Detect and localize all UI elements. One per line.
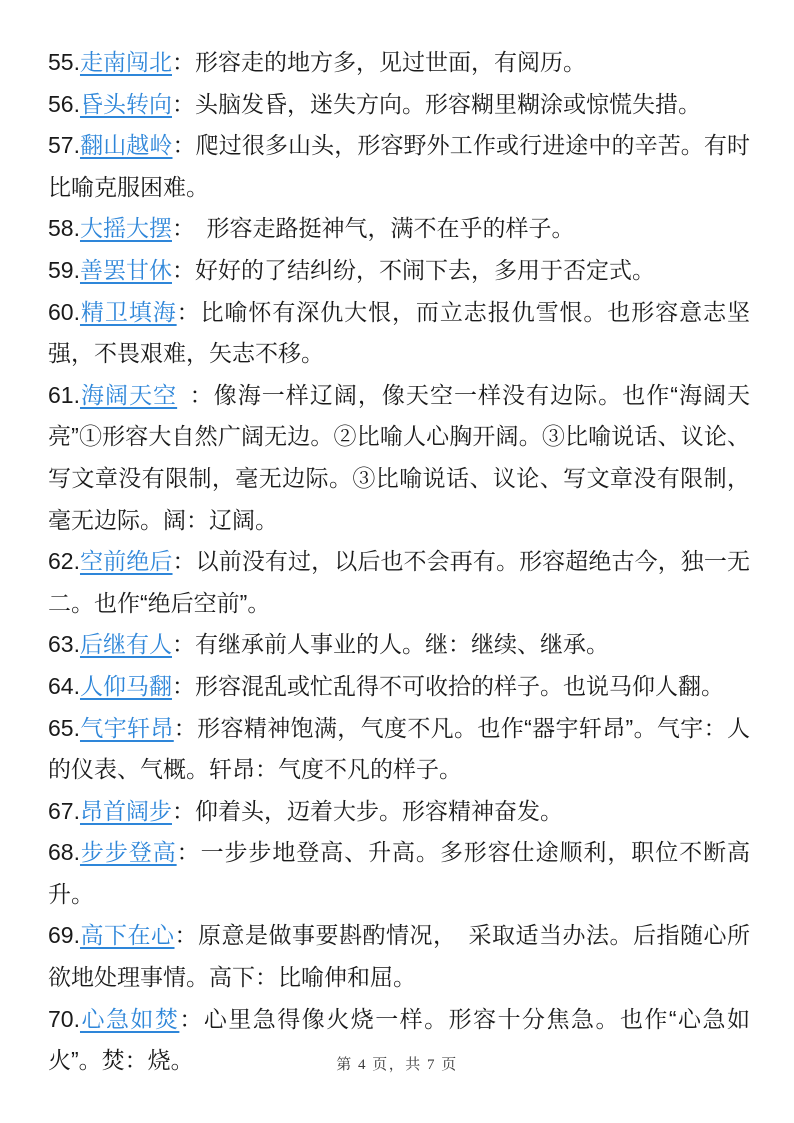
idiom-definition: ：好好的了结纠纷，不闹下去，多用于否定式。 xyxy=(172,257,655,283)
idiom-definition: ：形容混乱或忙乱得不可收拾的样子。也说马仰人翻。 xyxy=(172,673,724,699)
idiom-link[interactable]: 步步登高 xyxy=(80,839,177,865)
entry-number: 67. xyxy=(48,798,80,824)
entry-number: 64. xyxy=(48,673,80,699)
idiom-entry: 62.空前绝后：以前没有过，以后也不会再有。形容超绝古今，独一无二。也作“绝后空… xyxy=(48,541,750,624)
entry-number: 58. xyxy=(48,215,80,241)
entry-number: 59. xyxy=(48,257,80,283)
idiom-entry: 59.善罢甘休：好好的了结纠纷，不闹下去，多用于否定式。 xyxy=(48,250,750,292)
entry-number: 62. xyxy=(48,548,80,574)
idiom-definition: ： 形容走路挺神气，满不在乎的样子。 xyxy=(172,215,575,241)
idiom-link[interactable]: 善罢甘休 xyxy=(80,257,172,283)
idiom-link[interactable]: 走南闯北 xyxy=(80,49,172,75)
idiom-link[interactable]: 昂首阔步 xyxy=(80,798,172,824)
entry-number: 69. xyxy=(48,922,80,948)
idiom-definition: ：有继承前人事业的人。继：继续、继承。 xyxy=(172,631,609,657)
idiom-link[interactable]: 后继有人 xyxy=(80,631,172,657)
idiom-entry: 56.昏头转向：头脑发昏，迷失方向。形容糊里糊涂或惊慌失措。 xyxy=(48,84,750,126)
entry-number: 63. xyxy=(48,631,80,657)
idiom-link[interactable]: 心急如焚 xyxy=(80,1006,179,1032)
entry-number: 68. xyxy=(48,839,80,865)
entry-number: 61. xyxy=(48,382,80,408)
idiom-link[interactable]: 人仰马翻 xyxy=(80,673,172,699)
idiom-entry: 58.大摇大摆： 形容走路挺神气，满不在乎的样子。 xyxy=(48,208,750,250)
page-footer: 第 4 页，共 7 页 xyxy=(0,1053,794,1074)
idiom-entry: 63.后继有人：有继承前人事业的人。继：继续、继承。 xyxy=(48,624,750,666)
idiom-entry: 55.走南闯北：形容走的地方多，见过世面，有阅历。 xyxy=(48,42,750,84)
idiom-link[interactable]: 海阔天空 xyxy=(80,382,177,408)
idiom-list: 55.走南闯北：形容走的地方多，见过世面，有阅历。 56.昏头转向：头脑发昏，迷… xyxy=(48,42,750,1082)
entry-number: 60. xyxy=(48,299,80,325)
entry-number: 55. xyxy=(48,49,80,75)
entry-number: 65. xyxy=(48,715,80,741)
idiom-link[interactable]: 翻山越岭 xyxy=(80,132,173,158)
idiom-definition: ：形容走的地方多，见过世面，有阅历。 xyxy=(172,49,586,75)
idiom-entry: 61.海阔天空 ：像海一样辽阔，像天空一样没有边际。也作“海阔天亮”①形容大自然… xyxy=(48,375,750,541)
idiom-entry: 64.人仰马翻：形容混乱或忙乱得不可收拾的样子。也说马仰人翻。 xyxy=(48,666,750,708)
entry-number: 57. xyxy=(48,132,80,158)
idiom-entry: 68.步步登高：一步步地登高、升高。多形容仕途顺利，职位不断高升。 xyxy=(48,832,750,915)
document-page: 55.走南闯北：形容走的地方多，见过世面，有阅历。 56.昏头转向：头脑发昏，迷… xyxy=(0,0,794,1123)
idiom-entry: 65.气宇轩昂：形容精神饱满，气度不凡。也作“器宇轩昂”。气宇：人的仪表、气概。… xyxy=(48,708,750,791)
page-indicator: 第 4 页，共 7 页 xyxy=(336,1057,458,1073)
idiom-definition: ：头脑发昏，迷失方向。形容糊里糊涂或惊慌失措。 xyxy=(172,91,701,117)
idiom-definition: ：仰着头，迈着大步。形容精神奋发。 xyxy=(172,798,563,824)
idiom-link[interactable]: 昏头转向 xyxy=(80,91,172,117)
idiom-link[interactable]: 精卫填海 xyxy=(80,299,177,325)
idiom-entry: 60.精卫填海：比喻怀有深仇大恨，而立志报仇雪恨。也形容意志坚强，不畏艰难，矢志… xyxy=(48,292,750,375)
idiom-link[interactable]: 空前绝后 xyxy=(80,548,173,574)
entry-number: 70. xyxy=(48,1006,80,1032)
idiom-entry: 57.翻山越岭：爬过很多山头，形容野外工作或行进途中的辛苦。有时比喻克服困难。 xyxy=(48,125,750,208)
idiom-entry: 69.高下在心：原意是做事要斟酌情况， 采取适当办法。后指随心所欲地处理事情。高… xyxy=(48,915,750,998)
idiom-entry: 67.昂首阔步：仰着头，迈着大步。形容精神奋发。 xyxy=(48,791,750,833)
idiom-link[interactable]: 气宇轩昂 xyxy=(80,715,174,741)
entry-number: 56. xyxy=(48,91,80,117)
idiom-link[interactable]: 大摇大摆 xyxy=(80,215,172,241)
idiom-link[interactable]: 高下在心 xyxy=(80,922,175,948)
